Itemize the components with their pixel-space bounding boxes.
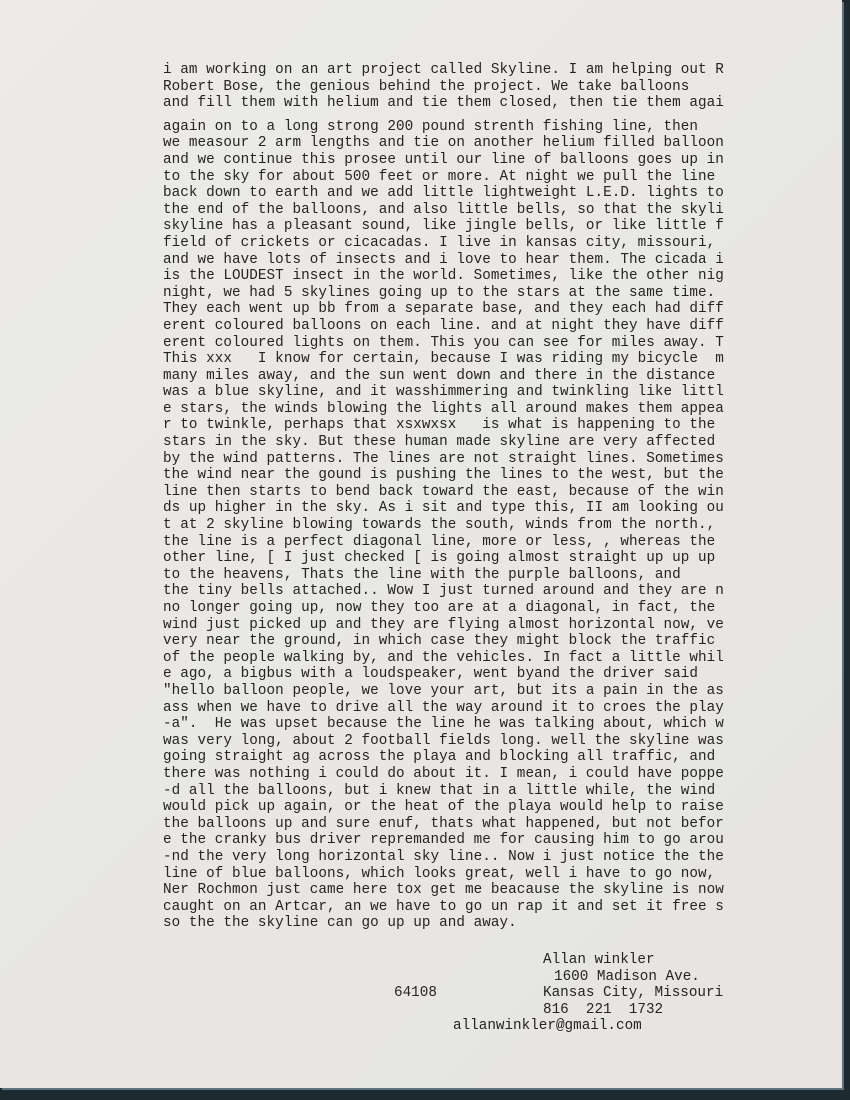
typed-line: -a". He was upset because the line he wa… xyxy=(163,716,823,733)
typed-line: i am working on an art project called Sk… xyxy=(163,62,823,79)
typed-line: back down to earth and we add little lig… xyxy=(163,185,823,202)
typed-line: field of crickets or cicacadas. I live i… xyxy=(163,235,823,252)
typed-line: by the wind patterns. The lines are not … xyxy=(163,451,823,468)
typed-line: caught on an Artcar, an we have to go un… xyxy=(163,899,823,916)
typed-line: e the cranky bus driver repremanded me f… xyxy=(163,832,823,849)
typed-line: and we continue this prosee until our li… xyxy=(163,152,823,169)
typed-line: is the LOUDEST insect in the world. Some… xyxy=(163,268,823,285)
typed-line: of the people walking by, and the vehicl… xyxy=(163,650,823,667)
typed-line: again on to a long strong 200 pound stre… xyxy=(163,119,823,136)
typed-line: This xxx I know for certain, because I w… xyxy=(163,351,823,368)
typed-line: to the heavens, Thats the line with the … xyxy=(163,567,823,584)
typed-line: skyline has a pleasant sound, like jingl… xyxy=(163,218,823,235)
typed-line: and fill them with helium and tie them c… xyxy=(163,95,823,112)
typed-line: the wind near the gound is pushing the l… xyxy=(163,467,823,484)
typed-line: other line, [ I just checked [ is going … xyxy=(163,550,823,567)
signature-zip: 64108 xyxy=(394,985,437,1002)
typed-line: e stars, the winds blowing the lights al… xyxy=(163,401,823,418)
signature-city-state: Kansas City, Missouri xyxy=(543,985,723,1002)
typed-line: "hello balloon people, we love your art,… xyxy=(163,683,823,700)
typed-line: many miles away, and the sun went down a… xyxy=(163,368,823,385)
typed-line: to the sky for about 500 feet or more. A… xyxy=(163,169,823,186)
typed-line: we measour 2 arm lengths and tie on anot… xyxy=(163,135,823,152)
typed-line: ds up higher in the sky. As i sit and ty… xyxy=(163,500,823,517)
typed-line: was a blue skyline, and it wasshimmering… xyxy=(163,384,823,401)
letter-body: i am working on an art project called Sk… xyxy=(163,62,823,932)
signature-phone: 816 221 1732 xyxy=(543,1002,663,1019)
typed-line: there was nothing i could do about it. I… xyxy=(163,766,823,783)
typed-line: the end of the balloons, and also little… xyxy=(163,202,823,219)
typed-line: ass when we have to drive all the way ar… xyxy=(163,700,823,717)
typed-line: e ago, a bigbus with a loudspeaker, went… xyxy=(163,666,823,683)
typed-line: wind just picked up and they are flying … xyxy=(163,617,823,634)
typed-line: stars in the sky. But these human made s… xyxy=(163,434,823,451)
typed-line: -nd the very long horizontal sky line.. … xyxy=(163,849,823,866)
typed-line: night, we had 5 skylines going up to the… xyxy=(163,285,823,302)
typed-line: no longer going up, now they too are at … xyxy=(163,600,823,617)
paragraph-1: i am working on an art project called Sk… xyxy=(163,62,823,112)
typed-line: going straight ag across the playa and b… xyxy=(163,749,823,766)
typed-line: the line is a perfect diagonal line, mor… xyxy=(163,534,823,551)
typed-letter-page: i am working on an art project called Sk… xyxy=(0,0,842,1088)
typed-line: erent coloured lights on them. This you … xyxy=(163,335,823,352)
typed-line: line of blue balloons, which looks great… xyxy=(163,866,823,883)
typed-line: t at 2 skyline blowing towards the south… xyxy=(163,517,823,534)
typed-line: They each went up bb from a separate bas… xyxy=(163,301,823,318)
paragraph-2: again on to a long strong 200 pound stre… xyxy=(163,119,823,932)
typed-line: the tiny bells attached.. Wow I just tur… xyxy=(163,583,823,600)
typed-line: Ner Rochmon just came here tox get me be… xyxy=(163,882,823,899)
signature-street: 1600 Madison Ave. xyxy=(554,969,700,986)
typed-line: so the the skyline can go up up and away… xyxy=(163,915,823,932)
typed-line: and we have lots of insects and i love t… xyxy=(163,252,823,269)
typed-line: erent coloured balloons on each line. an… xyxy=(163,318,823,335)
typed-line: r to twinkle, perhaps that xsxwxsx is wh… xyxy=(163,417,823,434)
typed-line: would pick up again, or the heat of the … xyxy=(163,799,823,816)
signature-email: allanwinkler@gmail.com xyxy=(453,1018,642,1035)
typed-line: Robert Bose, the genious behind the proj… xyxy=(163,79,823,96)
typed-line: the balloons up and sure enuf, thats wha… xyxy=(163,816,823,833)
signature-name: Allan winkler xyxy=(543,952,655,969)
typed-line: very near the ground, in which case they… xyxy=(163,633,823,650)
typed-line: -d all the balloons, but i knew that in … xyxy=(163,783,823,800)
typed-line: was very long, about 2 football fields l… xyxy=(163,733,823,750)
paragraph-gap xyxy=(163,112,823,119)
typed-line: line then starts to bend back toward the… xyxy=(163,484,823,501)
